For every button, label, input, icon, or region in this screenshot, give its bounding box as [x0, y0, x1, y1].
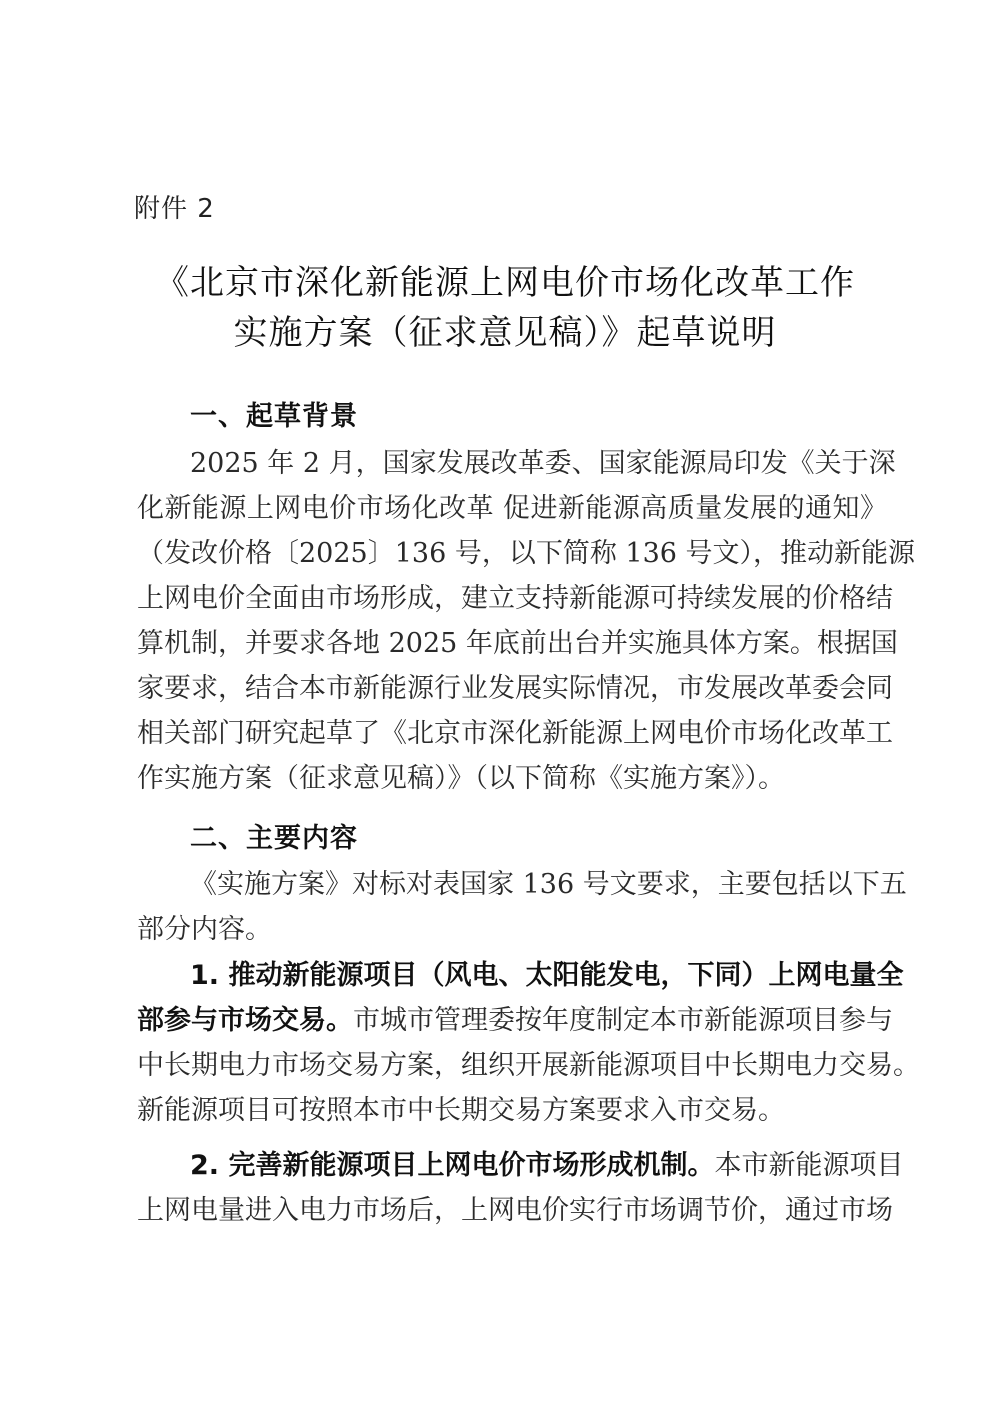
paragraph-background: 2025 年 2 月，国家发展改革委、国家能源局印发《关于深 化新能源上网电价市…	[137, 441, 887, 801]
section-heading-background: 一、起草背景	[190, 394, 358, 433]
text-line: 新能源项目可按照本市中长期交易方案要求入市交易。	[137, 1088, 887, 1133]
text-line: 相关部门研究起草了《北京市深化新能源上网电价市场化改革工	[137, 711, 887, 756]
item-2-bold-lead: 2. 完善新能源项目上网电价市场形成机制。	[190, 1150, 714, 1181]
text-line: 2. 完善新能源项目上网电价市场形成机制。本市新能源项目	[137, 1143, 887, 1188]
text-line: 家要求，结合本市新能源行业发展实际情况，市发展改革委会同	[137, 666, 887, 711]
text-line: 2025 年 2 月，国家发展改革委、国家能源局印发《关于深	[137, 441, 887, 486]
text-line: 化新能源上网电价市场化改革 促进新能源高质量发展的通知》	[137, 486, 887, 531]
title-line-2: 实施方案（征求意见稿）》起草说明	[120, 308, 890, 358]
text-line: （发改价格〔2025〕136 号，以下简称 136 号文），推动新能源	[137, 531, 887, 576]
text-line: 上网电量进入电力市场后，上网电价实行市场调节价，通过市场	[137, 1188, 887, 1233]
paragraph-item-2: 2. 完善新能源项目上网电价市场形成机制。本市新能源项目 上网电量进入电力市场后…	[137, 1143, 887, 1233]
title-line-1: 《北京市深化新能源上网电价市场化改革工作	[120, 258, 890, 308]
paragraph-intro: 《实施方案》对标对表国家 136 号文要求，主要包括以下五 部分内容。	[137, 862, 887, 952]
document-page: 附件 2 《北京市深化新能源上网电价市场化改革工作 实施方案（征求意见稿）》起草…	[0, 0, 1000, 1414]
text-line: 部参与市场交易。市城市管理委按年度制定本市新能源项目参与	[137, 998, 887, 1043]
item-2-text: 本市新能源项目	[714, 1150, 903, 1181]
text-line: 上网电价全面由市场形成，建立支持新能源可持续发展的价格结	[137, 576, 887, 621]
text-line: 中长期电力市场交易方案，组织开展新能源项目中长期电力交易。	[137, 1043, 887, 1088]
item-1-bold-lead-cont: 部参与市场交易。	[137, 1005, 353, 1036]
text-line: 作实施方案（征求意见稿）》（以下简称《实施方案》）。	[137, 756, 887, 801]
paragraph-item-1: 1. 推动新能源项目（风电、太阳能发电，下同）上网电量全 部参与市场交易。市城市…	[137, 953, 887, 1133]
document-title: 《北京市深化新能源上网电价市场化改革工作 实施方案（征求意见稿）》起草说明	[120, 258, 890, 358]
text-line: 算机制，并要求各地 2025 年底前出台并实施具体方案。根据国	[137, 621, 887, 666]
section-heading-main-content: 二、主要内容	[190, 816, 358, 855]
item-1-bold-lead: 1. 推动新能源项目（风电、太阳能发电，下同）上网电量全	[137, 953, 887, 998]
item-1-text: 市城市管理委按年度制定本市新能源项目参与	[353, 1005, 893, 1036]
text-line: 《实施方案》对标对表国家 136 号文要求，主要包括以下五	[137, 862, 887, 907]
attachment-label: 附件 2	[134, 188, 215, 225]
text-line: 部分内容。	[137, 907, 887, 952]
